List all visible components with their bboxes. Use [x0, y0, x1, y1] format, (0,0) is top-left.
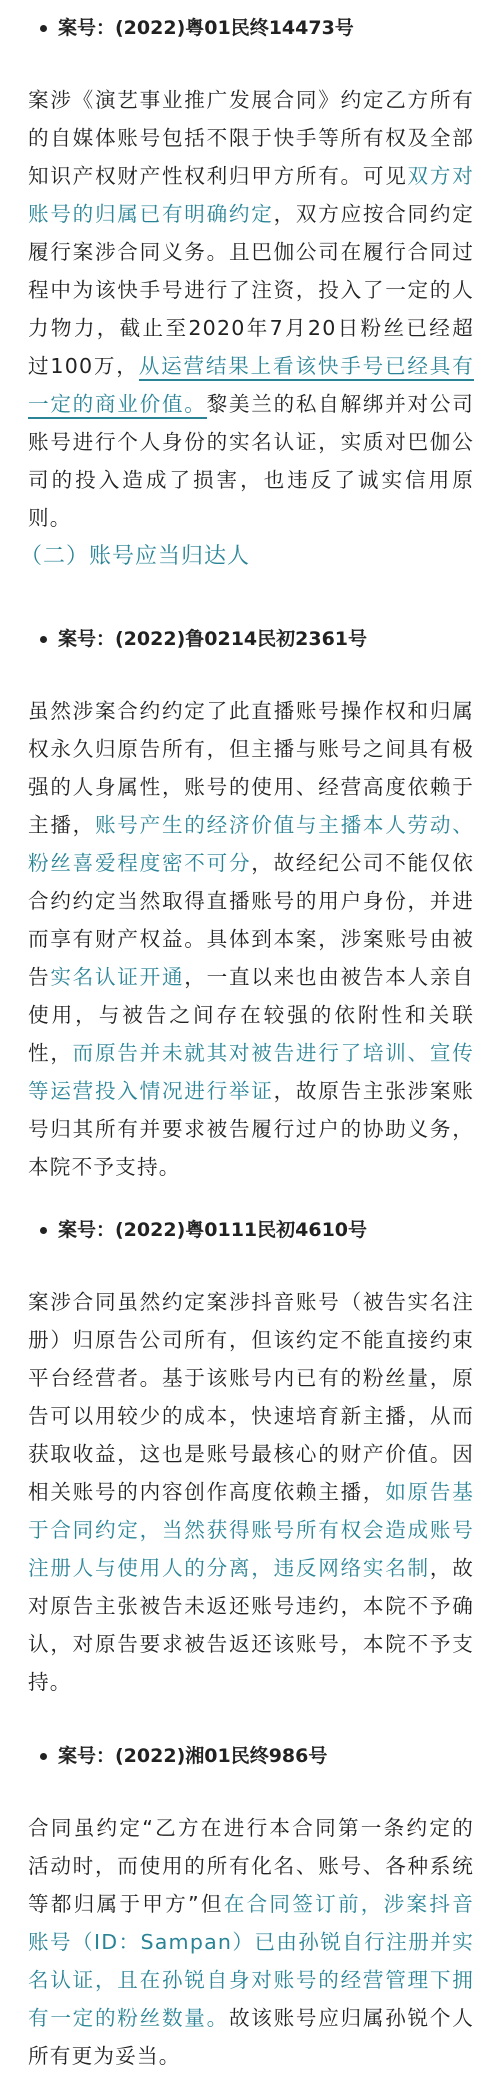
- case-number: 案号：(2022)鲁0214民初2361号: [58, 628, 367, 650]
- bullet-dot-icon: [40, 636, 47, 643]
- case-paragraph-3: 案涉合同虽然约定案涉抖音账号（被告实名注册）归原告公司所有，但该约定不能直接约束…: [28, 1283, 474, 1701]
- case-bullet-2: 案号：(2022)鲁0214民初2361号: [28, 627, 474, 651]
- case-bullet-1: 案号：(2022)粤01民终14473号: [28, 16, 474, 40]
- text-run: ，双方应按合同约定履行案涉合同义务。且巴伽公司在履行合同过程中为该快手号进行了注…: [28, 202, 474, 378]
- case-paragraph-4: 合同虽约定“乙方在进行本合同第一条约定的活动时，而使用的所有化名、账号、各种系统…: [28, 1809, 474, 2074]
- text-run: 案涉合同虽然约定案涉抖音账号（被告实名注册）归原告公司所有，但该约定不能直接约束…: [28, 1290, 474, 1504]
- case-paragraph-1: 案涉《演艺事业推广发展合同》约定乙方所有的自媒体账号包括不限于快手等所有权及全部…: [28, 81, 474, 537]
- section-heading: （二）账号应当归达人: [20, 542, 466, 572]
- case-number: 案号：(2022)粤0111民初4610号: [58, 1219, 367, 1241]
- highlight-text: 实名认证开通: [50, 965, 184, 989]
- bullet-dot-icon: [40, 1227, 47, 1234]
- case-paragraph-2: 虽然涉案合约约定了此直播账号操作权和归属权永久归原告所有，但主播与账号之间具有极…: [28, 692, 474, 1186]
- case-number: 案号：(2022)湘01民终986号: [58, 1745, 327, 1767]
- case-number: 案号：(2022)粤01民终14473号: [58, 17, 354, 39]
- bullet-dot-icon: [40, 1753, 47, 1760]
- case-bullet-3: 案号：(2022)粤0111民初4610号: [28, 1218, 474, 1242]
- case-bullet-4: 案号：(2022)湘01民终986号: [28, 1744, 474, 1768]
- bullet-dot-icon: [40, 25, 47, 32]
